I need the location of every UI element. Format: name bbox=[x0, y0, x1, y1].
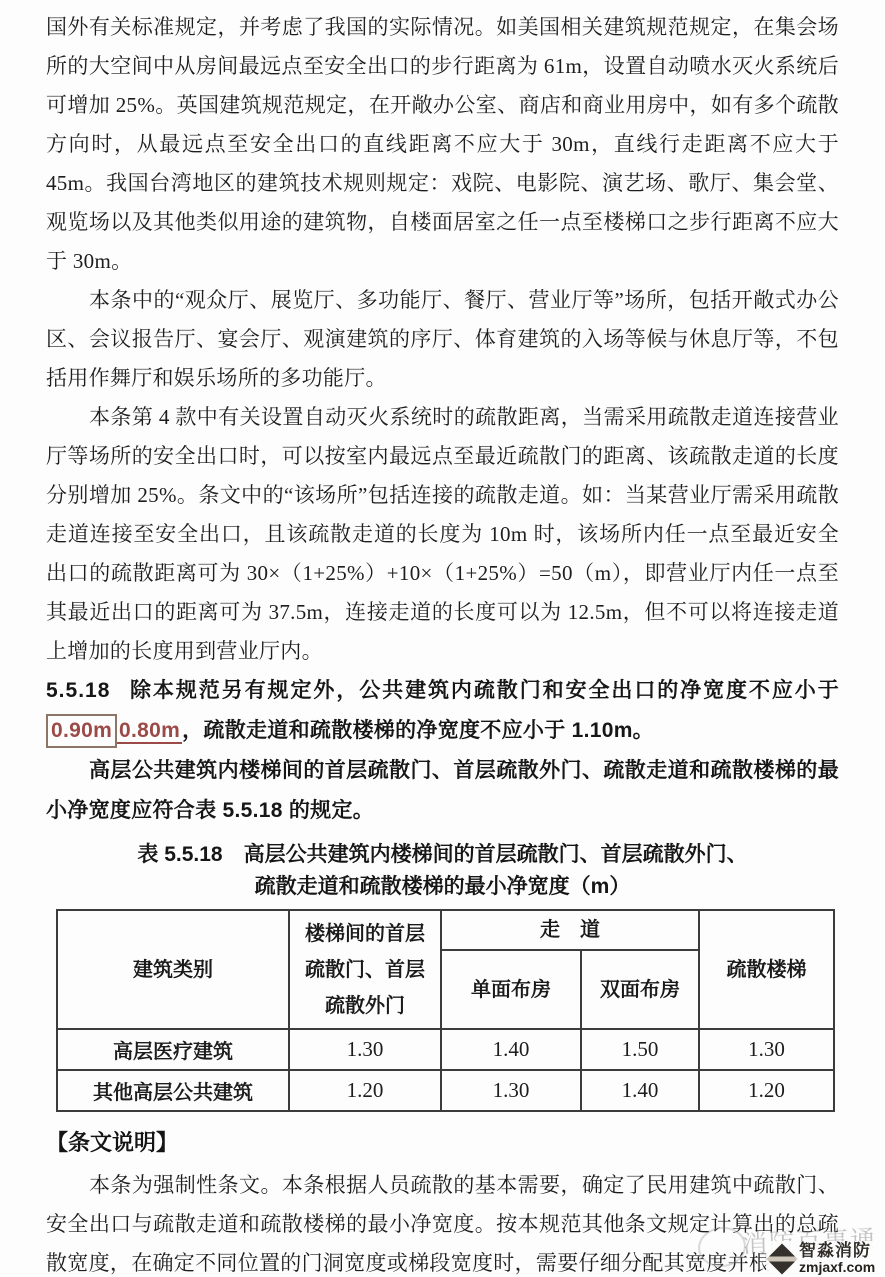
revision-old-value: 0.90m bbox=[46, 714, 117, 748]
cell-value: 1.30 bbox=[699, 1029, 834, 1070]
table-title-line2: 疏散走道和疏散楼梯的最小净宽度（m） bbox=[46, 871, 839, 903]
clause-text-after: ，疏散走道和疏散楼梯的净宽度不应小于 1.10m。 bbox=[182, 719, 654, 742]
commentary-heading: 【条文说明】 bbox=[46, 1126, 839, 1160]
header-corridor: 走 道 bbox=[441, 910, 699, 950]
clause-text-before: 除本规范另有规定外，公共建筑内疏散门和安全出口的净宽度不应小于 bbox=[128, 679, 839, 702]
document-page: 国外有关标准规定，并考虑了我国的实际情况。如美国相关建筑规范规定，在集会场所的大… bbox=[0, 0, 885, 1277]
cell-value: 1.30 bbox=[441, 1070, 581, 1111]
brand-watermark: 智淼消防 zmjaxf.com bbox=[766, 1241, 877, 1276]
header-first-floor-doors: 楼梯间的首层疏散门、首层疏散外门 bbox=[289, 910, 441, 1029]
row-label: 其他高层公共建筑 bbox=[57, 1070, 289, 1111]
brand-text-block: 智淼消防 zmjaxf.com bbox=[799, 1242, 875, 1275]
table-row-other-public: 其他高层公共建筑 1.20 1.30 1.40 1.20 bbox=[57, 1070, 834, 1111]
row-label: 高层医疗建筑 bbox=[57, 1029, 289, 1070]
paragraph-hall-definition: 本条中的“观众厅、展览厅、多功能厅、餐厅、营业厅等”场所，包括开敞式办公区、会议… bbox=[46, 281, 839, 398]
header-evacuation-stairs: 疏散楼梯 bbox=[699, 910, 834, 1029]
table-title: 表 5.5.18 高层公共建筑内楼梯间的首层疏散门、首层疏散外门、 疏散走道和疏… bbox=[46, 839, 839, 903]
header-single-side: 单面布房 bbox=[441, 950, 581, 1029]
cell-value: 1.20 bbox=[699, 1070, 834, 1111]
revision-new-value: 0.80m bbox=[117, 719, 182, 744]
clause-5-5-18-followup: 高层公共建筑内楼梯间的首层疏散门、首层疏散外门、疏散走道和疏散楼梯的最小净宽度应… bbox=[46, 751, 839, 831]
header-building-type: 建筑类别 bbox=[57, 910, 289, 1029]
cell-value: 1.40 bbox=[581, 1070, 699, 1111]
cell-value: 1.40 bbox=[441, 1029, 581, 1070]
header-double-side: 双面布房 bbox=[581, 950, 699, 1029]
table-row-hospital: 高层医疗建筑 1.30 1.40 1.50 1.30 bbox=[57, 1029, 834, 1070]
paragraph-sprinkler-distance: 本条第 4 款中有关设置自动灭火系统时的疏散距离，当需采用疏散走道连接营业厅等场… bbox=[46, 398, 839, 671]
cell-value: 1.20 bbox=[289, 1070, 441, 1111]
brand-name: 智淼消防 bbox=[799, 1242, 875, 1260]
cell-value: 1.50 bbox=[581, 1029, 699, 1070]
table-title-line1: 表 5.5.18 高层公共建筑内楼梯间的首层疏散门、首层疏散外门、 bbox=[46, 839, 839, 871]
zhimiao-diamond-logo-icon bbox=[766, 1243, 797, 1274]
table-5-5-18: 建筑类别 楼梯间的首层疏散门、首层疏散外门 走 道 疏散楼梯 单面布房 双面布房… bbox=[56, 909, 835, 1112]
cell-value: 1.30 bbox=[289, 1029, 441, 1070]
paragraph-foreign-standards: 国外有关标准规定，并考虑了我国的实际情况。如美国相关建筑规范规定，在集会场所的大… bbox=[46, 8, 839, 281]
clause-5-5-18: 5.5.18除本规范另有规定外，公共建筑内疏散门和安全出口的净宽度不应小于0.9… bbox=[46, 671, 839, 751]
brand-url: zmjaxf.com bbox=[799, 1260, 875, 1275]
clause-number: 5.5.18 bbox=[46, 679, 110, 702]
